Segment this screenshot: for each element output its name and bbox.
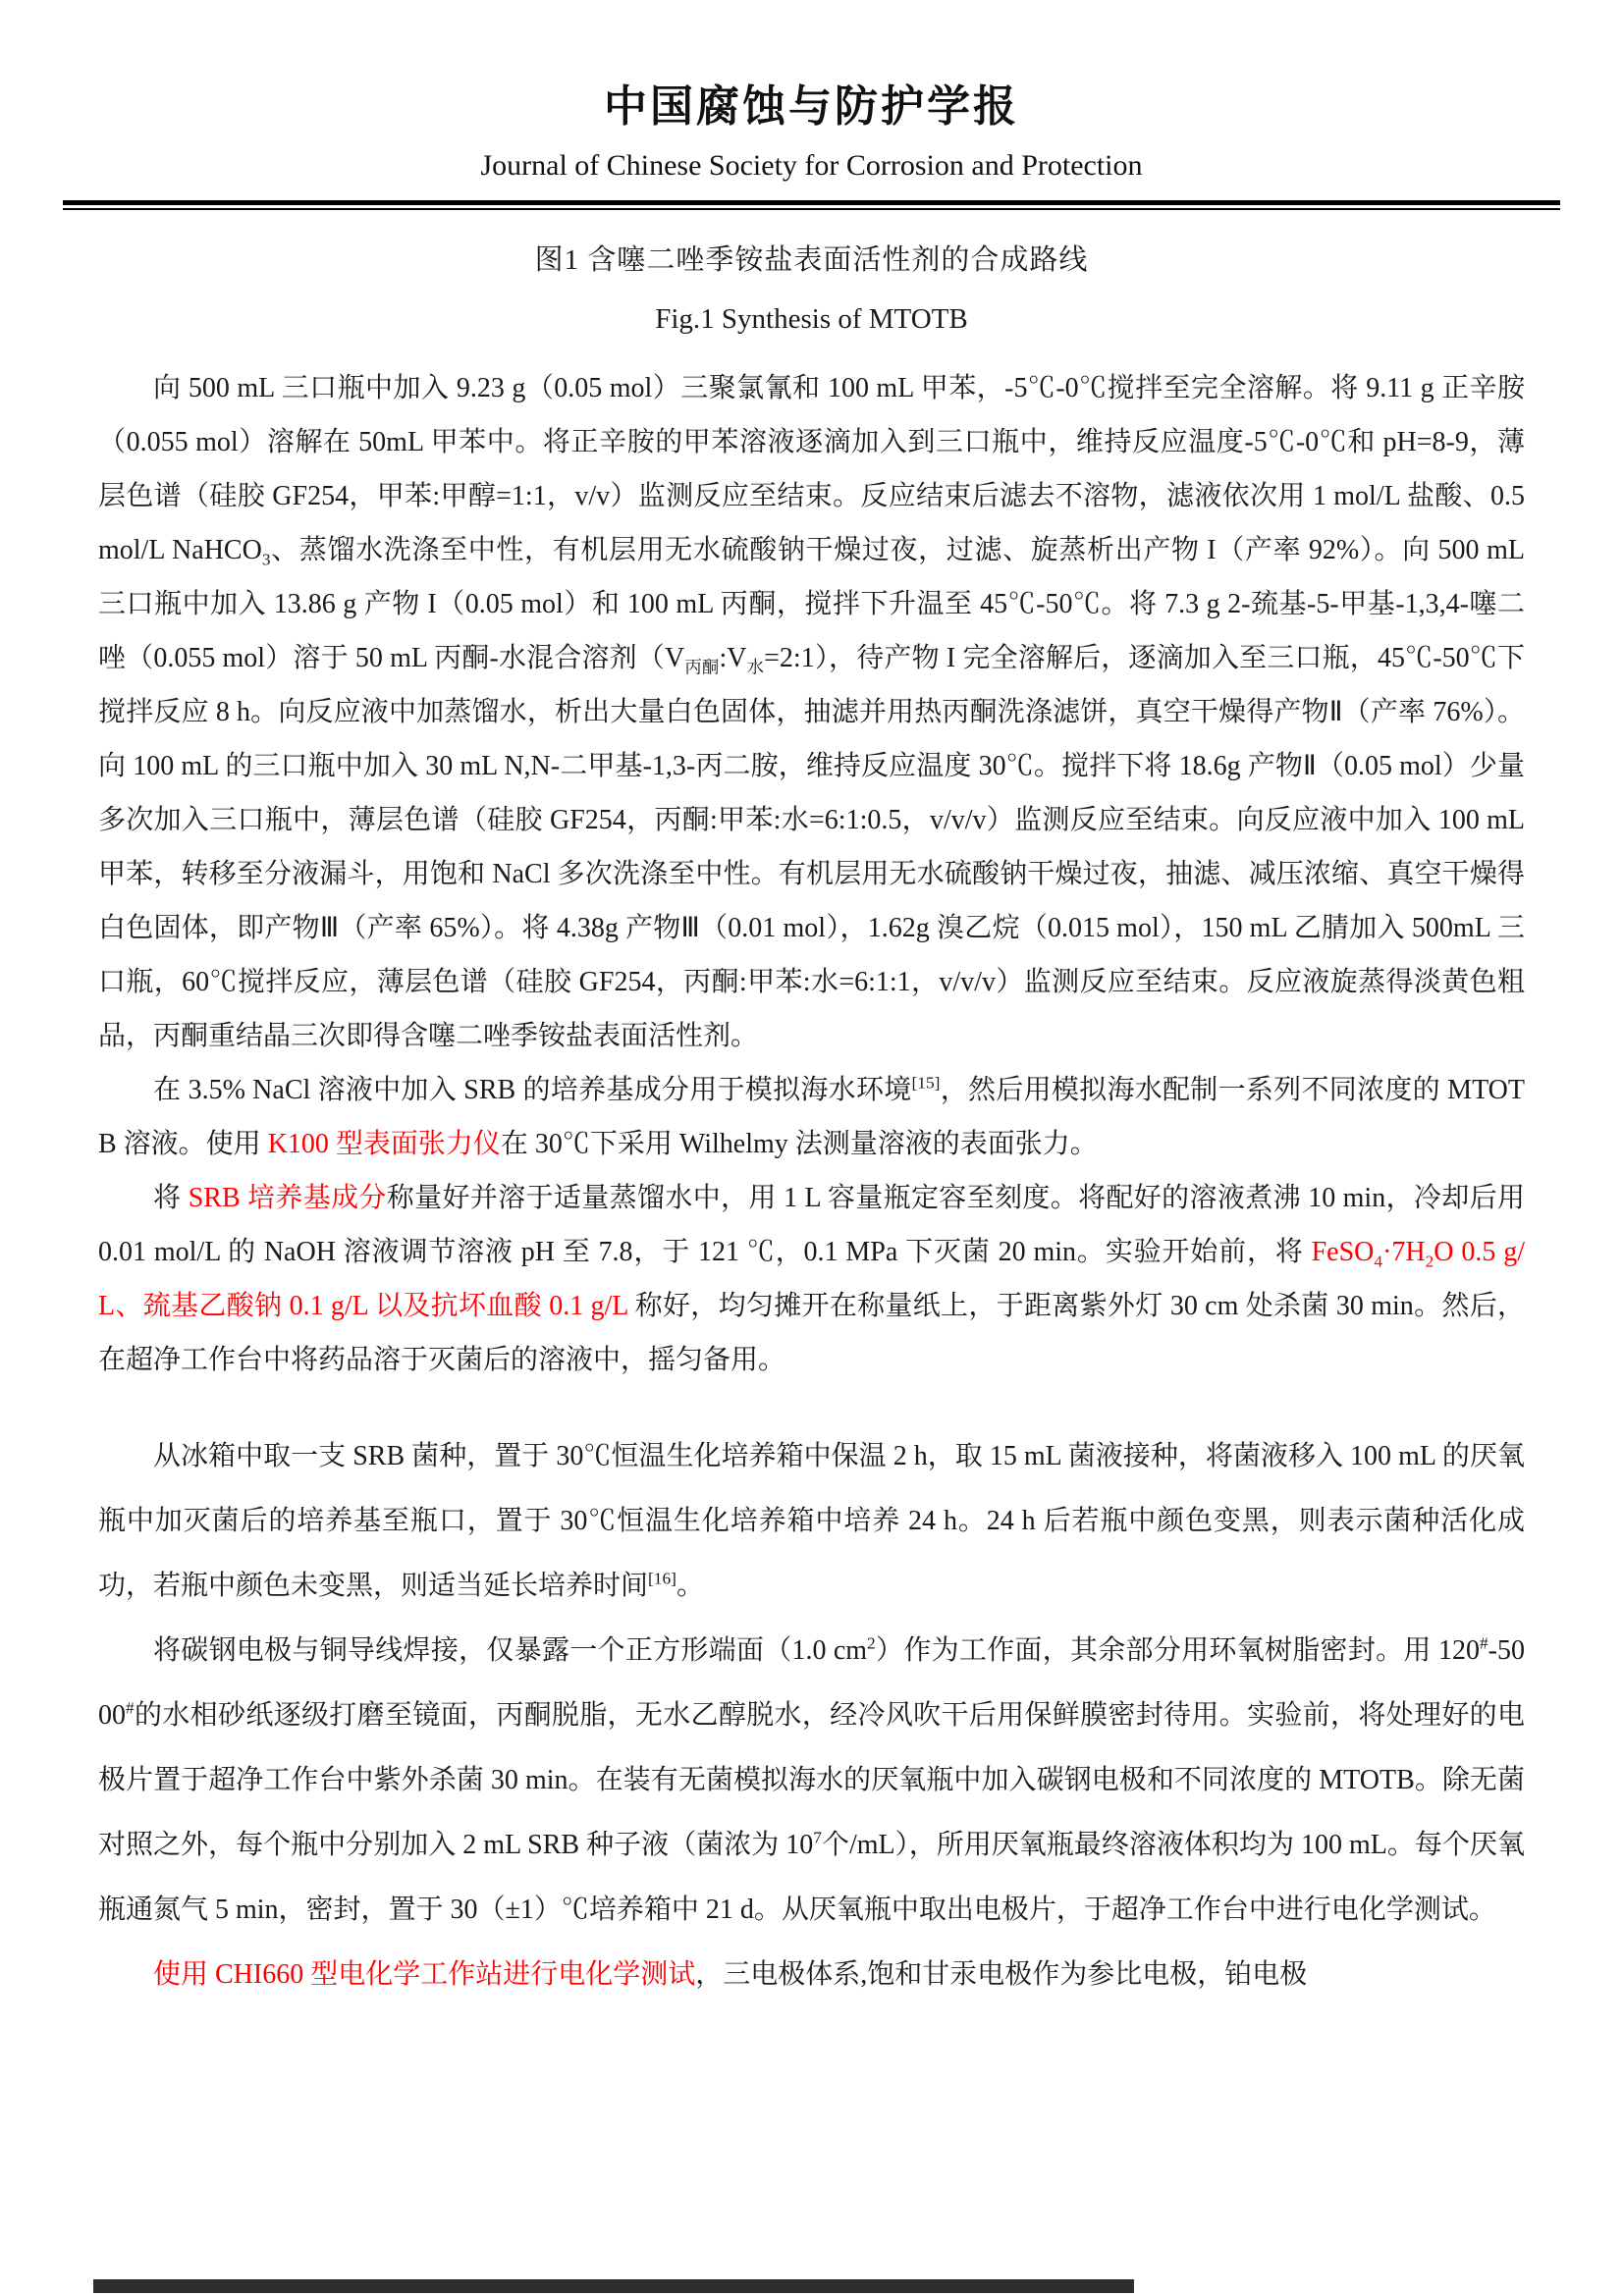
text-segment: =2:1），待产物 I 完全溶解后，逐滴加入至三口瓶，45℃-50℃下搅拌反应 … (98, 643, 1525, 1051)
text-segment: 将碳钢电极与铜导线焊接，仅暴露一个正方形端面（1.0 cm (153, 1635, 867, 1666)
highlighted-text: FeSO (1312, 1237, 1375, 1267)
paragraph: 在 3.5% NaCl 溶液中加入 SRB 的培养基成分用于模拟海水环境[15]… (98, 1063, 1525, 1171)
text-segment: 3 (262, 551, 271, 569)
highlighted-text: K100 型表面张力仪 (268, 1129, 501, 1159)
text-segment: 丙酮 (684, 659, 719, 677)
highlighted-text: 4 (1374, 1253, 1382, 1271)
text-segment: :V (719, 643, 746, 673)
highlighted-text: SRB 培养基成分 (189, 1183, 387, 1213)
paragraph: 使用 CHI660 型电化学工作站进行电化学测试，三电极体系,饱和甘汞电极作为参… (98, 1943, 1525, 2007)
paragraph: 从冰箱中取一支 SRB 菌种，置于 30℃恒温生化培养箱中保温 2 h，取 15… (98, 1424, 1525, 1619)
journal-header: 中国腐蚀与防护学报 Journal of Chinese Society for… (0, 0, 1623, 183)
journal-title: 中国腐蚀与防护学报 (0, 71, 1623, 133)
text-segment: # (1480, 1634, 1488, 1653)
text-segment: 在 3.5% NaCl 溶液中加入 SRB 的培养基成分用于模拟海水环境 (153, 1075, 912, 1105)
text-segment: # (126, 1699, 135, 1718)
body-text: 向 500 mL 三口瓶中加入 9.23 g（0.05 mol）三聚氯氰和 10… (98, 361, 1525, 2007)
text-segment: 将 (153, 1183, 189, 1213)
text-segment: 水 (746, 659, 764, 677)
figure-captions: 图1 含噻二唑季铵盐表面活性剂的合成路线 Fig.1 Synthesis of … (0, 238, 1623, 336)
footer-bar (93, 2279, 1134, 2293)
text-segment: ）作为工作面，其余部分用环氧树脂密封。用 120 (876, 1635, 1480, 1666)
document-page: 中国腐蚀与防护学报 Journal of Chinese Society for… (0, 0, 1623, 2296)
text-segment: 从冰箱中取一支 SRB 菌种，置于 30℃恒温生化培养箱中保温 2 h，取 15… (98, 1441, 1525, 1601)
paragraph: 将 SRB 培养基成分称量好并溶于适量蒸馏水中，用 1 L 容量瓶定容至刻度。将… (98, 1171, 1525, 1387)
highlighted-text: 2 (1426, 1253, 1434, 1271)
text-segment: [16] (648, 1570, 676, 1588)
text-segment: [15] (912, 1074, 941, 1093)
text-segment: 2 (867, 1634, 876, 1653)
text-segment: 。 (676, 1571, 704, 1601)
journal-subtitle: Journal of Chinese Society for Corrosion… (0, 149, 1623, 183)
figure-caption-zh: 图1 含噻二唑季铵盐表面活性剂的合成路线 (0, 238, 1623, 278)
paragraph: 向 500 mL 三口瓶中加入 9.23 g（0.05 mol）三聚氯氰和 10… (98, 361, 1525, 1063)
paragraph: 将碳钢电极与铜导线焊接，仅暴露一个正方形端面（1.0 cm2）作为工作面，其余部… (98, 1619, 1525, 1943)
text-segment: 在 30℃下采用 Wilhelmy 法测量溶液的表面张力。 (501, 1129, 1098, 1159)
text-segment: 7 (813, 1829, 822, 1847)
figure-caption-en: Fig.1 Synthesis of MTOTB (0, 303, 1623, 336)
highlighted-text: ·7H (1382, 1237, 1426, 1267)
header-rule (63, 200, 1560, 210)
highlighted-text: 使用 CHI660 型电化学工作站进行电化学测试 (153, 1959, 695, 1990)
text-segment: ，三电极体系,饱和甘汞电极作为参比电极，铂电极 (695, 1959, 1307, 1990)
